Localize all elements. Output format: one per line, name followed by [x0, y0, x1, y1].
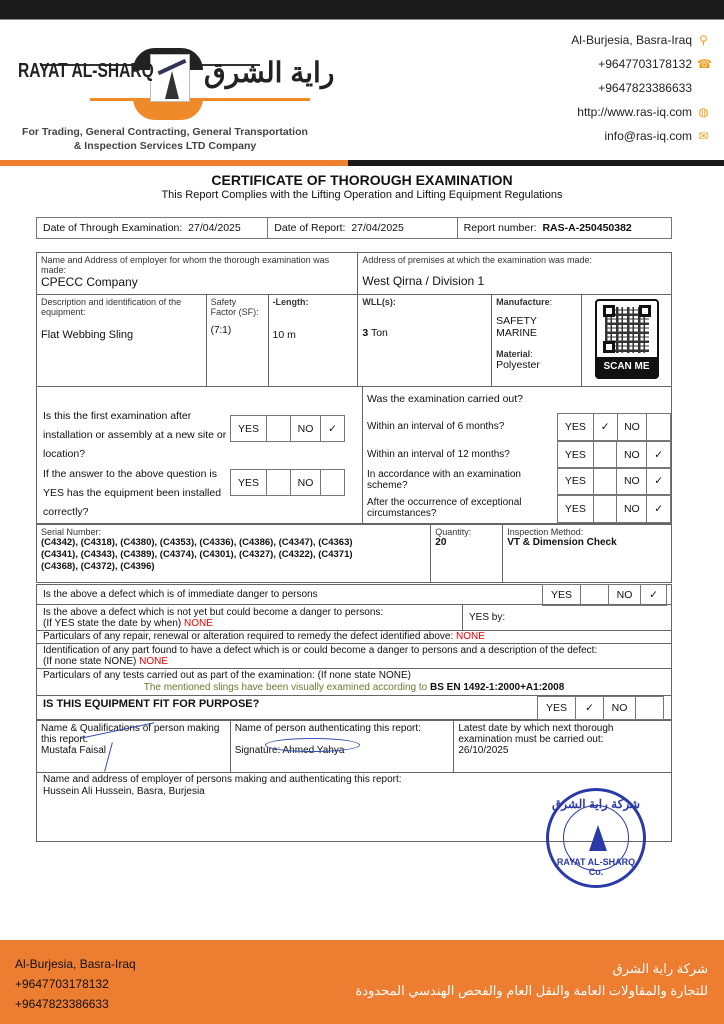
no-checkbox[interactable]: ✓: [321, 416, 345, 442]
report-date: 27/04/2025: [351, 222, 404, 234]
quantity-value: 20: [435, 537, 498, 548]
company-stamp: شركة راية الشرق RAYAT AL-SHARQ Co.: [546, 788, 646, 888]
fit-for-purpose-row: IS THIS EQUIPMENT FIT FOR PURPOSE? YES✓N…: [36, 696, 672, 720]
email-link[interactable]: info@ras-iq.com: [604, 129, 692, 143]
question-first-exam: Is this the first examination after inst…: [43, 407, 231, 464]
test-standard: BS EN 1492-1:2000+A1:2008: [430, 682, 564, 693]
exam-interval-answer: YES✓NO: [557, 413, 671, 441]
person-making-cell: Name & Qualifications of person making t…: [37, 721, 231, 773]
phone-text: +9647823386633: [598, 81, 692, 95]
yes-by-label: YES by:: [469, 612, 505, 623]
globe-icon: ◍: [697, 106, 710, 119]
signature-ahmed: [265, 738, 360, 752]
report-number: RAS-A-250450382: [542, 222, 631, 234]
website-link[interactable]: http://www.ras-iq.com: [577, 105, 692, 119]
page-title: CERTIFICATE OF THOROUGH EXAMINATION: [0, 172, 724, 188]
serial-cell: Serial Number: (C4342), (C4318), (C4380)…: [37, 525, 431, 583]
no-checkbox[interactable]: ✓: [641, 585, 667, 606]
tagline-line: For Trading, General Contracting, Genera…: [0, 125, 330, 139]
envelope-icon: ✉: [697, 130, 710, 143]
oil-pump-icon: [150, 54, 190, 102]
yes-checkbox[interactable]: [593, 442, 617, 469]
safety-factor: (7:1): [211, 325, 264, 336]
employer-cell: Name and Address of employer for whom th…: [37, 253, 358, 295]
question-installed-correctly: If the answer to the above question is Y…: [43, 465, 231, 522]
report-date-cell: Date of Report: 27/04/2025: [268, 218, 457, 238]
installed-correctly-answer: YESNO: [230, 469, 345, 496]
future-danger-row: Is the above a defect which is not yet b…: [36, 605, 672, 631]
phone-text: +9647703178132: [598, 57, 692, 71]
yes-checkbox[interactable]: [581, 585, 609, 606]
length-cell: -Length: 10 m: [268, 295, 358, 387]
telephone-icon: ☎: [697, 58, 710, 71]
premises-address: West Qirna / Division 1: [362, 274, 667, 288]
exam-interval-question: After the occurrence of exceptional circ…: [367, 497, 547, 519]
no-checkbox[interactable]: ✓: [647, 496, 671, 523]
inspection-method: VT & Dimension Check: [507, 537, 667, 548]
wll-value: 3 Ton: [362, 327, 487, 339]
examination-questions: Is this the first examination after inst…: [36, 386, 672, 524]
no-checkbox[interactable]: ✓: [647, 442, 671, 469]
yes-checkbox[interactable]: [267, 416, 291, 442]
fit-for-purpose-question: IS THIS EQUIPMENT FIT FOR PURPOSE?: [43, 698, 259, 710]
serial-section: Serial Number: (C4342), (C4318), (C4380)…: [36, 524, 672, 583]
qr-code[interactable]: SCAN ME: [595, 299, 659, 379]
qr-cell: SCAN ME: [582, 295, 672, 387]
premises-cell: Address of premises at which the examina…: [358, 253, 672, 295]
tagline-line: & Inspection Services LTD Company: [0, 139, 330, 153]
defect-part-row: Identification of any part found to have…: [36, 644, 672, 669]
location-pin-icon: ⚲: [697, 34, 710, 47]
future-danger-answer: NONE: [184, 618, 213, 629]
equipment-name: Flat Webbing Sling: [41, 329, 202, 341]
length-value: 10 m: [273, 329, 354, 341]
exam-interval-answer: YESNO✓: [557, 441, 671, 469]
report-info-bar: Date of Through Examination: 27/04/2025 …: [36, 217, 672, 239]
oil-pump-icon: [589, 825, 607, 851]
exam-interval-question: Within an interval of 12 months?: [367, 449, 547, 460]
no-checkbox[interactable]: ✓: [647, 468, 671, 495]
next-exam-date: 26/10/2025: [458, 745, 667, 756]
person-making-name: Mustafa Faisal: [41, 745, 226, 756]
no-checkbox[interactable]: [636, 697, 664, 720]
immediate-danger-answer: YESNO✓: [542, 584, 667, 606]
yes-checkbox[interactable]: ✓: [593, 414, 617, 441]
exam-interval-answer: YESNO✓: [557, 467, 671, 495]
page-subtitle: This Report Complies with the Lifting Op…: [0, 189, 724, 201]
top-bar: [0, 0, 724, 20]
brand-name-arabic: راية الشرق: [204, 56, 334, 89]
serial-numbers: (C4342), (C4318), (C4380), (C4353), (C43…: [41, 537, 426, 573]
fit-for-purpose-answer: YES✓NO: [537, 696, 664, 720]
exam-date: 27/04/2025: [188, 222, 241, 234]
header-divider: [0, 160, 724, 166]
immediate-danger-question: Is the above a defect which is of immedi…: [43, 589, 318, 600]
first-exam-answer: YESNO✓: [230, 415, 345, 442]
equipment-description-cell: Description and identification of the eq…: [37, 295, 207, 387]
exam-interval-question: Within an interval of 6 months?: [367, 421, 547, 432]
safety-factor-cell: Safety Factor (SF): (7:1): [206, 295, 268, 387]
report-number-cell: Report number: RAS-A-250450382: [458, 218, 671, 238]
address-text: Al-Burjesia, Basra-Iraq: [571, 33, 692, 47]
next-exam-cell: Latest date by which next thorough exami…: [454, 721, 672, 773]
company-tagline: For Trading, General Contracting, Genera…: [0, 125, 330, 153]
company-logo: RAYAT AL-SHARQ راية الشرق For Trading, G…: [0, 20, 360, 155]
yes-checkbox[interactable]: [267, 470, 291, 496]
exam-interval-answer: YESNO✓: [557, 495, 671, 523]
manufacturer-name: SAFETY MARINE: [496, 315, 556, 339]
yes-checkbox[interactable]: [593, 496, 617, 523]
no-checkbox[interactable]: [321, 470, 345, 496]
repair-answer: NONE: [456, 631, 485, 642]
examination-form: Name and Address of employer for whom th…: [36, 252, 672, 387]
immediate-danger-row: Is the above a defect which is of immedi…: [36, 584, 672, 605]
logo-line: [90, 98, 310, 101]
yes-checkbox[interactable]: [593, 468, 617, 495]
yes-checkbox[interactable]: ✓: [576, 697, 604, 720]
inspection-method-cell: Inspection Method: VT & Dimension Check: [503, 525, 672, 583]
exam-date-cell: Date of Through Examination: 27/04/2025: [37, 218, 268, 238]
employer-name: CPECC Company: [41, 275, 353, 289]
defect-part-answer: NONE: [139, 656, 168, 667]
repair-row: Particulars of any repair, renewal or al…: [36, 631, 672, 644]
footer: Al-Burjesia, Basra-Iraq +9647703178132 +…: [0, 940, 724, 1024]
wll-cell: WLL(s): 3 Ton: [358, 295, 492, 387]
no-checkbox[interactable]: [647, 414, 671, 441]
material-value: Polyester: [496, 359, 577, 371]
tests-row: Particulars of any tests carried out as …: [36, 669, 672, 696]
spacer: [697, 82, 710, 95]
footer-contact: Al-Burjesia, Basra-Iraq +9647703178132 +…: [15, 954, 136, 1014]
manufacture-cell: Manufacture: SAFETY MARINE Material: Pol…: [492, 295, 582, 387]
brand-name: RAYAT AL-SHARQ: [18, 60, 154, 83]
exam-interval-question: In accordance with an examination scheme…: [367, 469, 547, 491]
exam-carried-label: Was the examination carried out?: [367, 393, 523, 405]
quantity-cell: Quantity: 20: [431, 525, 503, 583]
scan-me-label: SCAN ME: [597, 357, 657, 377]
contact-info: Al-Burjesia, Basra-Iraq⚲ +9647703178132☎…: [571, 28, 710, 148]
footer-arabic-name: شركة راية الشرق للتجارة والمقاولات العام…: [356, 958, 709, 1002]
